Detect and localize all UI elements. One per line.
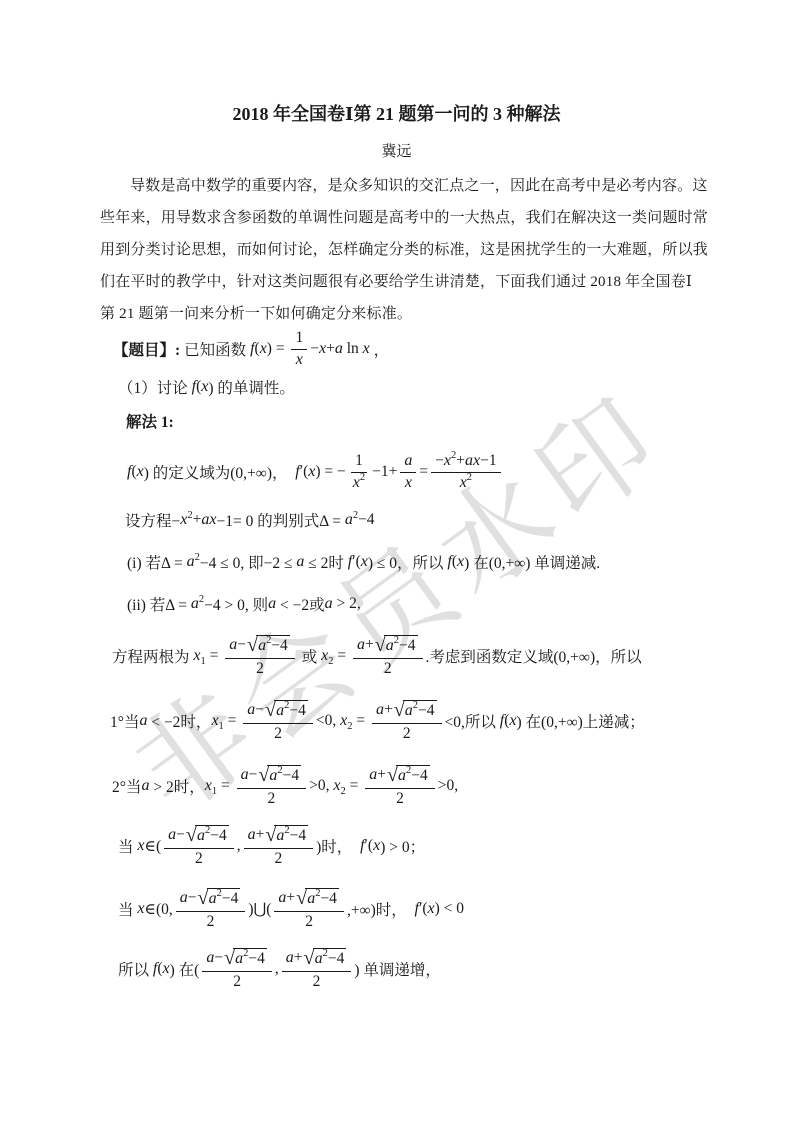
math-text: ) ≤ 0，所以 (368, 551, 448, 573)
math-text: − (188, 889, 197, 907)
formula-line: 设方程−x2+ax−1= 0 的判别式Δ = a2−4 (125, 505, 375, 535)
math-text: 或 (298, 645, 321, 667)
fraction-denominator: 2 (229, 972, 245, 991)
math-variable: x (444, 452, 451, 470)
math-variable: x (308, 463, 315, 481)
math-text: 2°当 (112, 775, 141, 797)
square-root: √a2−4 (198, 888, 241, 909)
math-variable: a (315, 950, 323, 968)
math-text: ) 的单调性。 (208, 376, 295, 398)
math-text: 2 (384, 660, 392, 678)
math-text: , (237, 837, 241, 855)
math-text: −4 (418, 702, 435, 720)
fraction-numerator: a−√a2−4 (243, 700, 313, 724)
math-text: − (310, 340, 319, 358)
fraction-denominator: 2 (399, 724, 415, 743)
math-text: + (384, 701, 393, 719)
fraction-denominator: 2 (309, 972, 325, 991)
math-text: ) = − (315, 463, 345, 481)
math-text: + (256, 826, 265, 844)
math-text: −4 (248, 950, 265, 968)
superscript: 2 (187, 510, 192, 521)
formula-line: 2°当a > 2时，x1 = a−√a2−42>0, x2 = a+√a2−42… (112, 760, 458, 812)
math-variable: a (398, 767, 406, 785)
math-text: > 2时， (149, 775, 204, 797)
author-name: 冀远 (0, 140, 793, 161)
superscript: 2 (406, 765, 411, 777)
fraction: a−√a2−42 (225, 635, 295, 678)
math-variable: a (325, 595, 333, 613)
math-text: 当 (118, 898, 137, 920)
math-text: 2 (396, 790, 404, 808)
math-text: ， (370, 338, 389, 360)
math-variable: x (137, 837, 144, 855)
math-text: >0, (438, 777, 458, 795)
math-variable: a (258, 637, 266, 655)
fraction-numerator: a−√a2−4 (202, 948, 272, 972)
paragraph-line: 们在平时的教学中，针对这类问题很有必要给学生讲清楚，下面我们通过 2018 年全… (100, 266, 700, 298)
fraction-denominator: 2 (270, 849, 286, 868)
math-text: −1+ (372, 463, 397, 481)
math-variable: a (296, 553, 304, 571)
fraction-numerator: a−√a2−4 (225, 635, 295, 659)
math-variable: x (333, 777, 340, 795)
fraction-denominator: x2 (349, 473, 369, 492)
fraction-numerator: −x2+ax−1 (431, 452, 500, 473)
math-text: 2 (256, 660, 264, 678)
math-text: ) < 0 (435, 900, 464, 918)
radicand: a2−4 (207, 888, 241, 908)
radicand: a2−4 (267, 765, 301, 785)
square-root: √a2−4 (394, 700, 437, 721)
intro-paragraph: 导数是高中数学的重要内容，是众多知识的交汇点之一，因此在高考中是必考内容。这些年… (100, 170, 700, 330)
formula-line: 当 x∈(0,a−√a2−42)⋃(a+√a2−42,+∞)时， f′(x) <… (118, 883, 464, 935)
math-variable: a (278, 889, 286, 907)
math-text: < −2时， (147, 710, 211, 732)
fraction-denominator: 2 (203, 912, 219, 931)
formula-line: 1°当a < −2时，x1 = a−√a2−42<0, x2 = a+√a2−4… (110, 695, 645, 747)
square-root: √a2−4 (258, 765, 301, 786)
math-text: −4 (271, 637, 288, 655)
math-variable: a (345, 511, 353, 529)
radicand: a2−4 (384, 635, 418, 655)
math-text: 1 (295, 329, 303, 347)
math-variable: a (307, 890, 315, 908)
math-variable: x (211, 712, 218, 730)
math-text: ) = (267, 340, 289, 358)
problem-statement-line: 【题目】: 已知函数 f(x) = 1x−x+a ln x ， (113, 326, 389, 372)
math-text: ,+∞)时， (347, 898, 415, 920)
math-text: −4 (289, 702, 306, 720)
math-variable: x (163, 960, 170, 978)
formula-line: (i) 若Δ = a2−4 ≤ 0, 即−2 ≤ a ≤ 2时 f′(x) ≤ … (127, 547, 600, 577)
math-variable: a (268, 595, 276, 613)
fraction: a−√a2−42 (237, 765, 307, 808)
formula-line: 方程两根为 x1 = a−√a2−42 或 x2 = a+√a2−42.考虑到函… (112, 630, 642, 682)
math-variable: x (137, 900, 144, 918)
math-variable: x (193, 647, 200, 665)
superscript: 2 (205, 825, 210, 837)
fraction-numerator: a−√a2−4 (237, 765, 307, 789)
math-text: −4 (411, 767, 428, 785)
math-text: −4 (222, 890, 239, 908)
square-root: √a2−4 (186, 825, 229, 846)
formula-line: 所以 f(x) 在(a−√a2−42,a+√a2−42) 单调递增， (118, 943, 441, 995)
math-text: + (326, 340, 335, 358)
math-text: )⋃( (248, 900, 271, 919)
fraction: a−√a2−42 (176, 888, 246, 931)
fraction-numerator: 1 (351, 452, 367, 473)
math-text: − (237, 636, 246, 654)
math-text: −4 > 0, 则 (204, 593, 268, 615)
math-variable: x (353, 474, 360, 492)
math-text: ) 在(0,+∞) 单调递减. (464, 551, 600, 573)
math-text: ) 在(0,+∞)上递减； (517, 710, 645, 732)
problem-label: 【题目】: (113, 338, 180, 360)
superscript: 2 (217, 888, 222, 900)
math-text: >0, (309, 777, 333, 795)
document-page: 非会员水印 2018 年全国卷Ⅰ第 21 题第一问的 3 种解法 冀远 导数是高… (0, 0, 793, 1122)
radicand: a2−4 (305, 888, 339, 908)
square-root: √a2−4 (247, 635, 290, 656)
math-variable: x (460, 474, 467, 492)
math-text: + (286, 889, 295, 907)
math-variable: a (235, 950, 243, 968)
math-variable: a (209, 890, 217, 908)
math-variable: a (286, 949, 294, 967)
superscript: 2 (243, 948, 248, 960)
math-text: −4 (358, 511, 375, 529)
math-text: −4 (283, 767, 300, 785)
math-text: −4 (328, 950, 345, 968)
math-text: − (435, 452, 444, 470)
math-text: − (249, 766, 258, 784)
subscript: 2 (340, 786, 345, 797)
fraction-denominator: 2 (252, 659, 268, 678)
math-text: 1°当 (110, 710, 139, 732)
math-variable: x (340, 712, 347, 730)
fraction-denominator: x (292, 350, 307, 369)
math-text: ) 的定义域为(0,+∞)， (144, 461, 296, 483)
math-variable: a (168, 826, 176, 844)
math-variable: x (137, 463, 144, 481)
square-root: √a2−4 (375, 635, 418, 656)
math-variable: x (260, 340, 267, 358)
math-variable: x (363, 340, 370, 358)
fraction: 1x (291, 329, 307, 369)
math-text: 2 (267, 790, 275, 808)
fraction-numerator: a (400, 452, 416, 473)
math-text: − (176, 826, 185, 844)
math-text: ) > 0； (380, 835, 425, 857)
math-variable: ax (465, 452, 480, 470)
fraction-denominator: 2 (301, 912, 317, 931)
radicand: a2−4 (195, 825, 229, 845)
math-text: = (224, 712, 241, 730)
fraction: a+√a2−42 (365, 765, 435, 808)
problem-part1-line: （1）讨论 f(x) 的单调性。 (118, 374, 295, 400)
math-text: 2 (274, 850, 282, 868)
fraction-numerator: a+√a2−4 (274, 888, 344, 912)
math-text: ∈(0, (145, 900, 173, 919)
math-text: ) 单调递增， (354, 958, 441, 980)
fraction-denominator: 2 (270, 724, 286, 743)
formula-line: 当 x∈(a−√a2−42,a+√a2−42)时， f′(x) > 0； (118, 820, 425, 872)
math-text: ′( (419, 900, 428, 918)
fraction: a−√a2−42 (202, 948, 272, 991)
paragraph-line: 导数是高中数学的重要内容，是众多知识的交汇点之一，因此在高考中是必考内容。这 (100, 170, 700, 202)
radicand: a2−4 (274, 825, 308, 845)
math-variable: x (509, 712, 516, 730)
fraction-denominator: 2 (263, 789, 279, 808)
radicand: a2−4 (256, 635, 290, 655)
math-variable: x (405, 474, 412, 492)
math-variable: a (229, 636, 237, 654)
fraction-numerator: a+√a2−4 (372, 700, 442, 724)
math-text: −4 (320, 890, 337, 908)
math-variable: a (276, 702, 284, 720)
superscript: 2 (413, 700, 418, 712)
superscript: 2 (467, 472, 472, 484)
fraction-denominator: x2 (456, 473, 476, 492)
math-text: = (419, 463, 428, 481)
fraction-numerator: a+√a2−4 (244, 825, 314, 849)
fraction: a−√a2−42 (164, 825, 234, 868)
math-variable: a (369, 766, 377, 784)
math-text: −4 (210, 827, 227, 845)
math-text: ln (343, 340, 363, 358)
math-text: 2 (274, 725, 282, 743)
math-variable: a (187, 553, 195, 571)
math-variable: a (247, 701, 255, 719)
math-text: + (365, 636, 374, 654)
math-text: 2 (403, 725, 411, 743)
math-text: > 2, (333, 595, 361, 613)
subscript: 2 (347, 721, 352, 732)
math-text: 设方程− (125, 509, 180, 531)
fraction-numerator: a+√a2−4 (365, 765, 435, 789)
math-text: (ii) 若Δ = (127, 593, 191, 615)
math-text: .考虑到函数定义域(0,+∞)，所以 (426, 645, 642, 667)
math-text: 当 (118, 835, 137, 857)
math-text: 2 (207, 913, 215, 931)
math-text: （1）讨论 (118, 376, 192, 398)
math-text: ′( (365, 837, 374, 855)
superscript: 2 (451, 450, 456, 462)
fraction-numerator: a+√a2−4 (353, 635, 423, 659)
math-text: −1 (480, 452, 497, 470)
math-text: + (456, 452, 465, 470)
math-text: ′( (300, 463, 309, 481)
math-text: <0,所以 (445, 710, 500, 732)
math-variable: x (457, 553, 464, 571)
superscript: 2 (277, 765, 282, 777)
math-text: 所以 (118, 958, 153, 980)
fraction: a−√a2−42 (243, 700, 313, 743)
math-text: = (217, 777, 234, 795)
fraction: a+√a2−42 (282, 948, 352, 991)
math-text: = (346, 777, 363, 795)
math-text: = (333, 647, 350, 665)
problem-part1-formula: （1）讨论 f(x) 的单调性。 (118, 376, 295, 398)
superscript: 2 (266, 635, 271, 647)
math-variable: a (357, 636, 365, 654)
math-variable: a (404, 452, 412, 470)
math-text: + (294, 949, 303, 967)
math-variable: x (373, 837, 380, 855)
math-text: = (352, 712, 369, 730)
math-text: (i) 若Δ = (127, 551, 187, 573)
math-variable: a (139, 712, 147, 730)
superscript: 2 (394, 635, 399, 647)
math-text: − (255, 701, 264, 719)
square-root: √a2−4 (296, 888, 339, 909)
fraction: a+√a2−42 (244, 825, 314, 868)
math-variable: x (180, 511, 187, 529)
fraction-numerator: 1 (291, 329, 307, 350)
math-text: )时， (316, 835, 360, 857)
math-text: 2 (305, 913, 313, 931)
fraction: −x2+ax−1x2 (431, 452, 500, 493)
square-root: √a2−4 (224, 948, 267, 969)
math-text: = (206, 647, 223, 665)
radicand: a2−4 (403, 700, 437, 720)
subscript: 2 (328, 656, 333, 667)
math-text: < −2或 (276, 593, 324, 615)
square-root: √a2−4 (265, 825, 308, 846)
math-text: ∈( (145, 837, 162, 856)
math-variable: ax (201, 511, 216, 529)
superscript: 2 (360, 472, 365, 484)
math-variable: x (321, 647, 328, 665)
solution-heading: 解法 1: (126, 410, 174, 432)
superscript: 2 (284, 825, 289, 837)
math-text: 2 (233, 973, 241, 991)
math-text: ) 在( (170, 958, 200, 980)
math-variable: x (428, 900, 435, 918)
superscript: 2 (353, 510, 358, 521)
math-variable: x (319, 340, 326, 358)
paragraph-line: 用到分类讨论思想，而如何讨论，怎样确定分类的标准，这是困扰学生的一大难题，所以我 (100, 234, 700, 266)
superscript: 2 (315, 888, 320, 900)
radicand: a2−4 (233, 948, 267, 968)
radicand: a2−4 (274, 700, 308, 720)
math-text: 1 (355, 452, 363, 470)
math-variable: a (386, 637, 394, 655)
math-variable: a (197, 827, 205, 845)
paragraph-line: 些年来，用导数求含参函数的单调性问题是高考中的一大热点，我们在解决这一类问题时常 (100, 202, 700, 234)
fraction-denominator: 2 (380, 659, 396, 678)
superscript: 2 (284, 700, 289, 712)
formula-line: f(x) 的定义域为(0,+∞)， f′(x) = −1x2−1+ax=−x2+… (127, 448, 504, 496)
fraction: 1x2 (349, 452, 369, 492)
formula-line: (ii) 若Δ = a2−4 > 0, 则a < −2或a > 2, (127, 589, 361, 619)
fraction: a+√a2−42 (372, 700, 442, 743)
math-text: , (275, 960, 279, 978)
math-variable: a (141, 777, 149, 795)
fraction: a+√a2−42 (274, 888, 344, 931)
fraction-denominator: x (401, 473, 416, 492)
math-text: <0, (316, 712, 340, 730)
math-variable: a (335, 340, 343, 358)
radicand: a2−4 (396, 765, 430, 785)
fraction: ax (400, 452, 416, 493)
math-variable: a (405, 702, 413, 720)
math-text: 已知函数 (184, 338, 250, 360)
square-root: √a2−4 (387, 765, 430, 786)
math-text: −4 (399, 637, 416, 655)
math-variable: a (191, 595, 199, 613)
math-variable: a (206, 949, 214, 967)
page-title: 2018 年全国卷Ⅰ第 21 题第一问的 3 种解法 (0, 100, 793, 126)
math-variable: a (180, 889, 188, 907)
math-text: + (193, 511, 202, 529)
fraction-denominator: 2 (392, 789, 408, 808)
fraction-numerator: a−√a2−4 (164, 825, 234, 849)
fraction-numerator: a−√a2−4 (176, 888, 246, 912)
subscript: 1 (201, 656, 206, 667)
subscript: 1 (212, 786, 217, 797)
fraction: a+√a2−42 (353, 635, 423, 678)
superscript: 2 (199, 594, 204, 605)
math-variable: a (248, 826, 256, 844)
math-text: 2 (313, 973, 321, 991)
math-text: −4 (290, 827, 307, 845)
fraction-numerator: a+√a2−4 (282, 948, 352, 972)
math-text: −4 ≤ 0, 即−2 ≤ (200, 551, 297, 573)
square-root: √a2−4 (265, 700, 308, 721)
math-variable: a (241, 766, 249, 784)
math-variable: a (376, 701, 384, 719)
fraction-denominator: 2 (191, 849, 207, 868)
math-text: 方程两根为 (112, 645, 193, 667)
math-variable: x (201, 378, 208, 396)
math-variable: a (269, 767, 277, 785)
math-text: ′( (352, 553, 361, 571)
math-variable: x (205, 777, 212, 795)
superscript: 2 (195, 552, 200, 563)
math-text: ≤ 2时 (304, 551, 347, 573)
subscript: 1 (219, 721, 224, 732)
math-text: − (214, 949, 223, 967)
radicand: a2−4 (313, 948, 347, 968)
math-variable: x (296, 351, 303, 369)
math-variable: a (276, 827, 284, 845)
problem-statement-formula: 已知函数 f(x) = 1x−x+a ln x ， (184, 329, 389, 369)
math-variable: x (361, 553, 368, 571)
math-text: 2 (195, 850, 203, 868)
square-root: √a2−4 (304, 948, 347, 969)
math-text: + (377, 766, 386, 784)
superscript: 2 (323, 948, 328, 960)
math-text: −1= 0 的判别式Δ = (216, 509, 344, 531)
